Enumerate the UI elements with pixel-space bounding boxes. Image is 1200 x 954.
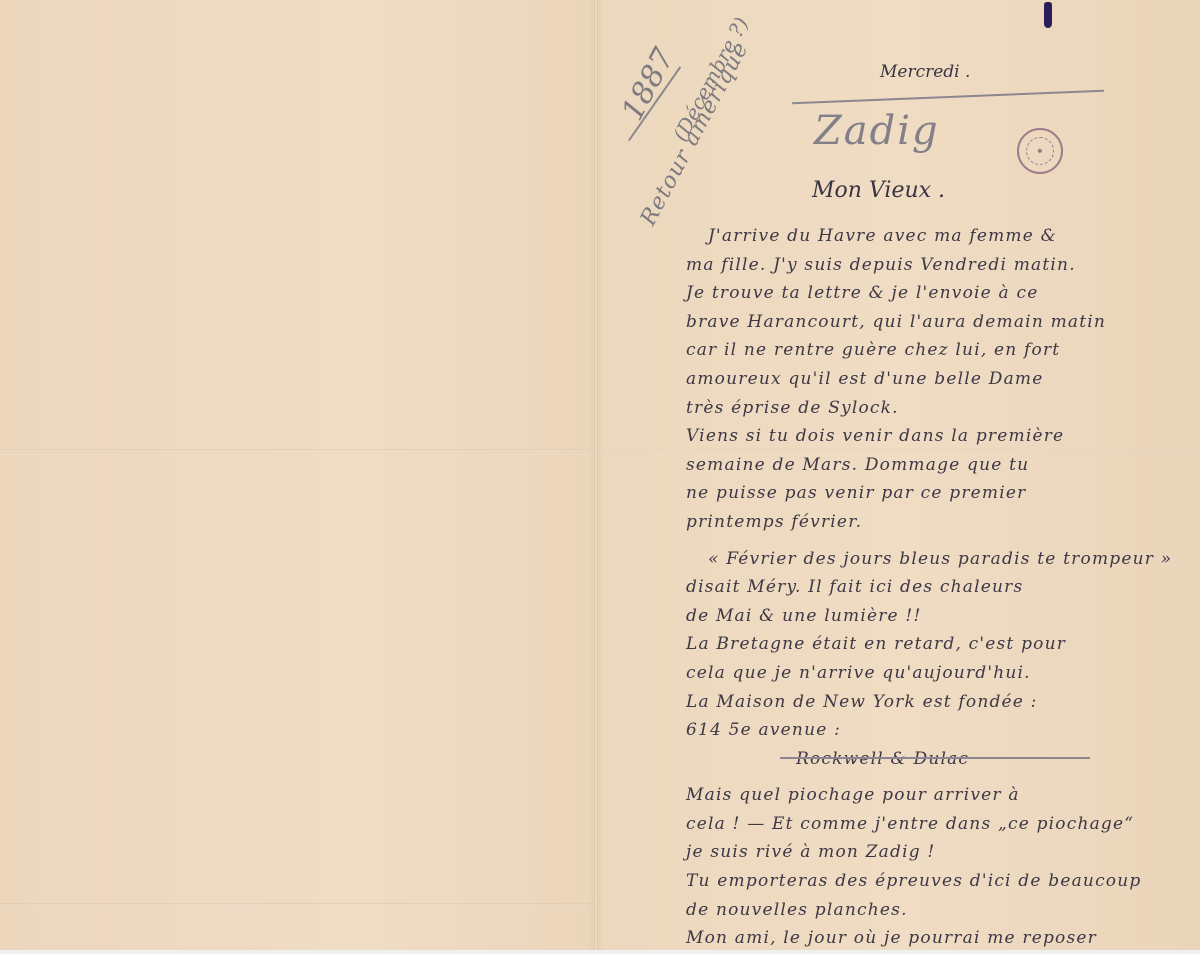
letter-body: J'arrive du Havre avec ma femme & ma fil… (686, 222, 1186, 953)
scan-bottom-edge (0, 950, 1200, 954)
letter-line: 614 5e avenue : (686, 716, 1186, 745)
letter-line: disait Méry. Il fait ici des chaleurs (686, 573, 1186, 602)
letter-line: ne puisse pas venir par ce premier (686, 479, 1186, 508)
horizontal-fold-crease (0, 903, 596, 905)
letter-line: Viens si tu dois venir dans la première (686, 422, 1186, 451)
letter-line: Je trouve ta lettre & je l'envoie à ce (686, 279, 1186, 308)
letter-line: cela ! — Et comme j'entre dans „ce pioch… (686, 810, 1186, 839)
letter-line: cela que je n'arrive qu'aujourd'hui. (686, 659, 1186, 688)
letter-line: ma fille. J'y suis depuis Vendredi matin… (686, 251, 1186, 280)
letter-line: car il ne rentre guère chez lui, en fort (686, 336, 1186, 365)
letter-line: amoureux qu'il est d'une belle Dame (686, 365, 1186, 394)
letter-line: printemps février. (686, 508, 1186, 537)
ink-blot (1044, 2, 1052, 28)
letter-line: très éprise de Sylock. (686, 394, 1186, 423)
company-rule (780, 757, 1090, 759)
horizontal-fold-crease (0, 449, 596, 451)
letter-line: « Février des jours bleus paradis te tro… (686, 545, 1186, 574)
letter-line: Mais quel piochage pour arriver à (686, 781, 1186, 810)
letter-line: brave Harancourt, qui l'aura demain mati… (686, 308, 1186, 337)
letter-line: La Maison de New York est fondée : (686, 688, 1186, 717)
stamp-emblem: ✽ (1026, 137, 1054, 165)
letter-line: Tu emporteras des épreuves d'ici de beau… (686, 867, 1186, 896)
letter-line: je suis rivé à mon Zadig ! (686, 838, 1186, 867)
letter-line: de nouvelles planches. (686, 896, 1186, 925)
letter-sheet: 1887 (Décembre ?) Retour amérique Mercre… (0, 0, 1200, 950)
letter-line: de Mai & une lumière !! (686, 602, 1186, 631)
letter-line: La Bretagne était en retard, c'est pour (686, 630, 1186, 659)
letter-date: Mercredi . (880, 62, 970, 82)
library-stamp-icon: ✽ (1017, 128, 1063, 174)
letter-line: Mon ami, le jour où je pourrai me repose… (686, 924, 1186, 953)
letter-line: semaine de Mars. Dommage que tu (686, 451, 1186, 480)
letter-salutation: Mon Vieux . (812, 178, 945, 203)
letter-line-company: Rockwell & Dulac (686, 745, 1186, 774)
letter-heading: Zadig (814, 108, 940, 154)
letter-line: J'arrive du Havre avec ma femme & (686, 222, 1186, 251)
left-page-blank (0, 0, 596, 950)
